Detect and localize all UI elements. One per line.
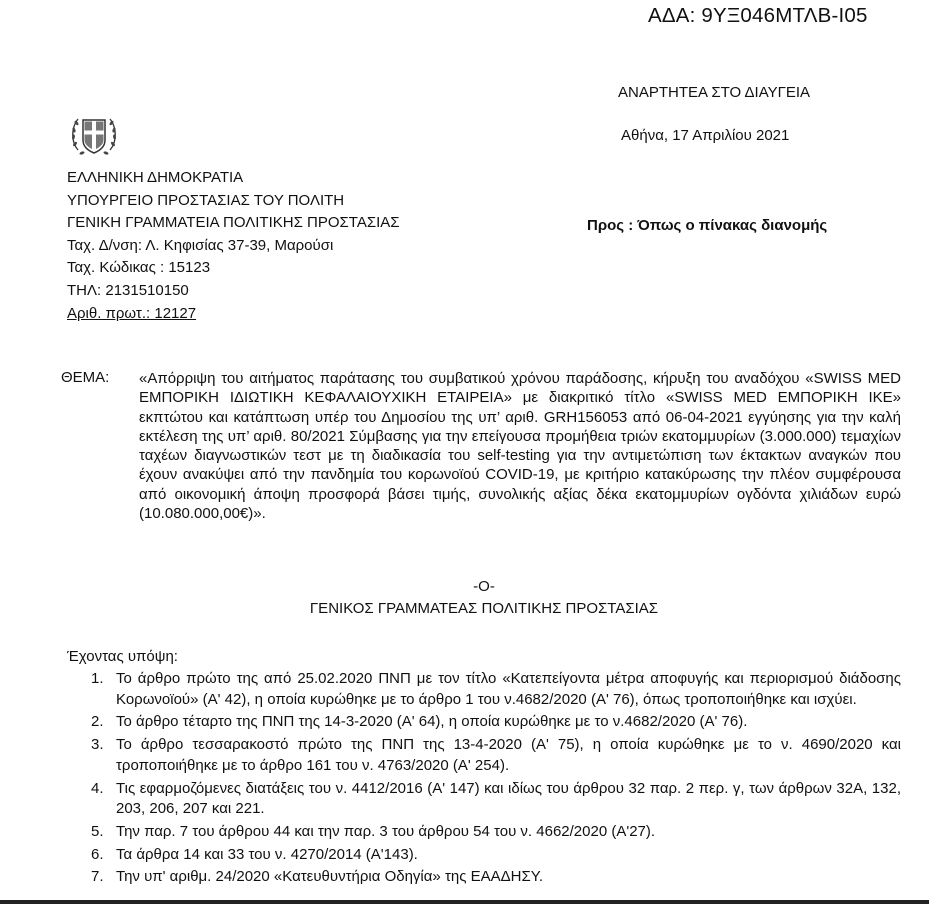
list-item: 6.Τα άρθρα 14 και 33 του ν. 4270/2014 (Α… <box>91 845 901 866</box>
sender-address: Ταχ. Δ/νση: Λ. Κηφισίας 37-39, Μαρούσι <box>67 235 400 258</box>
item-text: Τις εφαρμοζόμενες διατάξεις του ν. 4412/… <box>116 780 901 818</box>
list-item: 4.Τις εφαρμοζόμενες διατάξεις του ν. 441… <box>91 779 901 820</box>
item-number: 4. <box>91 779 104 800</box>
sender-phone: ΤΗΛ: 2131510150 <box>67 280 400 303</box>
item-text: Τα άρθρα 14 και 33 του ν. 4270/2014 (Α'1… <box>116 846 418 863</box>
item-number: 2. <box>91 712 104 733</box>
sender-block: ΕΛΛΗΝΙΚΗ ΔΗΜΟΚΡΑΤΙΑ ΥΠΟΥΡΓΕΙΟ ΠΡΟΣΤΑΣΙΑΣ… <box>67 167 400 325</box>
recipient: Προς : Όπως ο πίνακας διανομής <box>587 217 827 234</box>
list-item: 5.Την παρ. 7 του άρθρου 44 και την παρ. … <box>91 822 901 843</box>
item-number: 6. <box>91 845 104 866</box>
ada-code: ΑΔΑ: 9ΥΞ046ΜΤΛΒ-Ι05 <box>648 4 868 28</box>
item-number: 3. <box>91 735 104 756</box>
sender-postal-code: Ταχ. Κώδικας : 15123 <box>67 257 400 280</box>
signatory-title: ΓΕΝΙΚΟΣ ΓΡΑΜΜΑΤΕΑΣ ΠΟΛΙΤΙΚΗΣ ΠΡΟΣΤΑΣΙΑΣ <box>0 600 929 617</box>
list-item: 2.Το άρθρο τέταρτο της ΠΝΠ της 14-3-2020… <box>91 712 901 733</box>
considerations-intro: Έχοντας υπόψη: <box>67 648 178 665</box>
sender-secretariat: ΓΕΝΙΚΗ ΓΡΑΜΜΑΤΕΙΑ ΠΟΛΙΤΙΚΗΣ ΠΡΟΣΤΑΣΙΑΣ <box>67 212 400 235</box>
publish-note: ΑΝΑΡΤΗΤΕΑ ΣΤΟ ΔΙΑΥΓΕΙΑ <box>618 84 810 101</box>
separator: -Ο- <box>0 578 929 595</box>
subject-text: «Απόρριψη του αιτήματος παράτασης του συ… <box>139 369 901 523</box>
list-item: 7.Την υπ' αριθμ. 24/2020 «Κατευθυντήρια … <box>91 867 901 888</box>
subject-label: ΘΕΜΑ: <box>61 369 109 386</box>
greek-coat-of-arms-icon <box>68 110 120 162</box>
sender-country: ΕΛΛΗΝΙΚΗ ΔΗΜΟΚΡΑΤΙΑ <box>67 167 400 190</box>
list-item: 1.Το άρθρο πρώτο της από 25.02.2020 ΠΝΠ … <box>91 669 901 710</box>
sender-ministry: ΥΠΟΥΡΓΕΙΟ ΠΡΟΣΤΑΣΙΑΣ ΤΟΥ ΠΟΛΙΤΗ <box>67 190 400 213</box>
item-text: Την υπ' αριθμ. 24/2020 «Κατευθυντήρια Οδ… <box>116 868 543 885</box>
protocol-number: Αριθ. πρωτ.: 12127 <box>67 303 400 326</box>
item-number: 1. <box>91 669 104 690</box>
item-text: Το άρθρο τεσσαρακοστό πρώτο της ΠΝΠ της … <box>116 736 901 774</box>
item-number: 5. <box>91 822 104 843</box>
item-text: Το άρθρο πρώτο της από 25.02.2020 ΠΝΠ με… <box>116 670 901 708</box>
page-bottom-border <box>0 900 929 904</box>
item-text: Το άρθρο τέταρτο της ΠΝΠ της 14-3-2020 (… <box>116 713 747 730</box>
document-date: Αθήνα, 17 Απριλίου 2021 <box>621 127 789 144</box>
item-text: Την παρ. 7 του άρθρου 44 και την παρ. 3 … <box>116 823 655 840</box>
considerations-list: 1.Το άρθρο πρώτο της από 25.02.2020 ΠΝΠ … <box>91 669 901 890</box>
list-item: 3.Το άρθρο τεσσαρακοστό πρώτο της ΠΝΠ τη… <box>91 735 901 776</box>
item-number: 7. <box>91 867 104 888</box>
